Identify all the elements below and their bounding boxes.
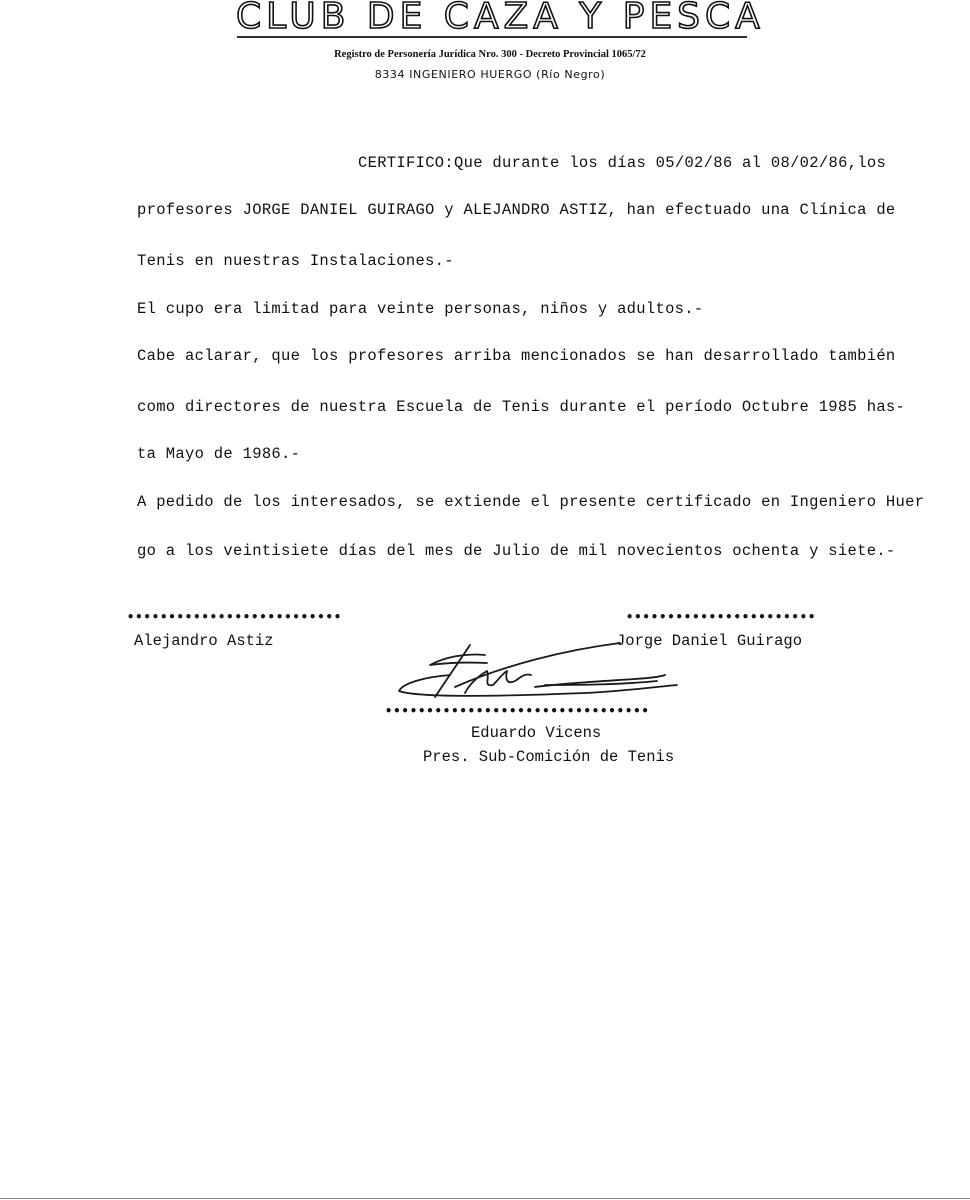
certificate-line: Tenis en nuestras Instalaciones.- bbox=[137, 252, 454, 270]
certificate-line: go a los veintisiete días del mes de Jul… bbox=[137, 542, 896, 560]
signature-line-center: •••••••••••••••••••••••••••••••• bbox=[385, 704, 650, 718]
certificate-line: A pedido de los interesados, se extiende… bbox=[137, 493, 924, 511]
handwritten-signature-icon bbox=[395, 635, 695, 710]
certificate-line: como directores de nuestra Escuela de Te… bbox=[137, 398, 905, 416]
letterhead-address: 8334 INGENIERO HUERGO (Río Negro) bbox=[230, 68, 750, 81]
signatory-name-center: Eduardo Vicens bbox=[471, 724, 601, 742]
letterhead-divider bbox=[237, 36, 747, 38]
certificate-line: profesores JORGE DANIEL GUIRAGO y ALEJAN… bbox=[137, 201, 896, 219]
letterhead-title: CLUB DE CAZA Y PESCA bbox=[236, 0, 750, 37]
scan-edge-line bbox=[0, 1198, 970, 1199]
signature-line-left: •••••••••••••••••••••••••• bbox=[127, 610, 342, 624]
certificate-line: El cupo era limitad para veinte personas… bbox=[137, 300, 704, 318]
signatory-name-left: Alejandro Astiz bbox=[134, 632, 274, 650]
certificate-line: ta Mayo de 1986.- bbox=[137, 445, 300, 463]
signature-line-right: ••••••••••••••••••••••• bbox=[626, 610, 816, 624]
certificate-line: Cabe aclarar, que los profesores arriba … bbox=[137, 347, 896, 365]
letterhead-registry: Registro de Personería Jurídica Nro. 300… bbox=[230, 49, 750, 60]
signatory-title-center: Pres. Sub-Comición de Tenis bbox=[423, 748, 674, 766]
certificate-line: CERTIFICO:Que durante los días 05/02/86 … bbox=[358, 154, 886, 172]
